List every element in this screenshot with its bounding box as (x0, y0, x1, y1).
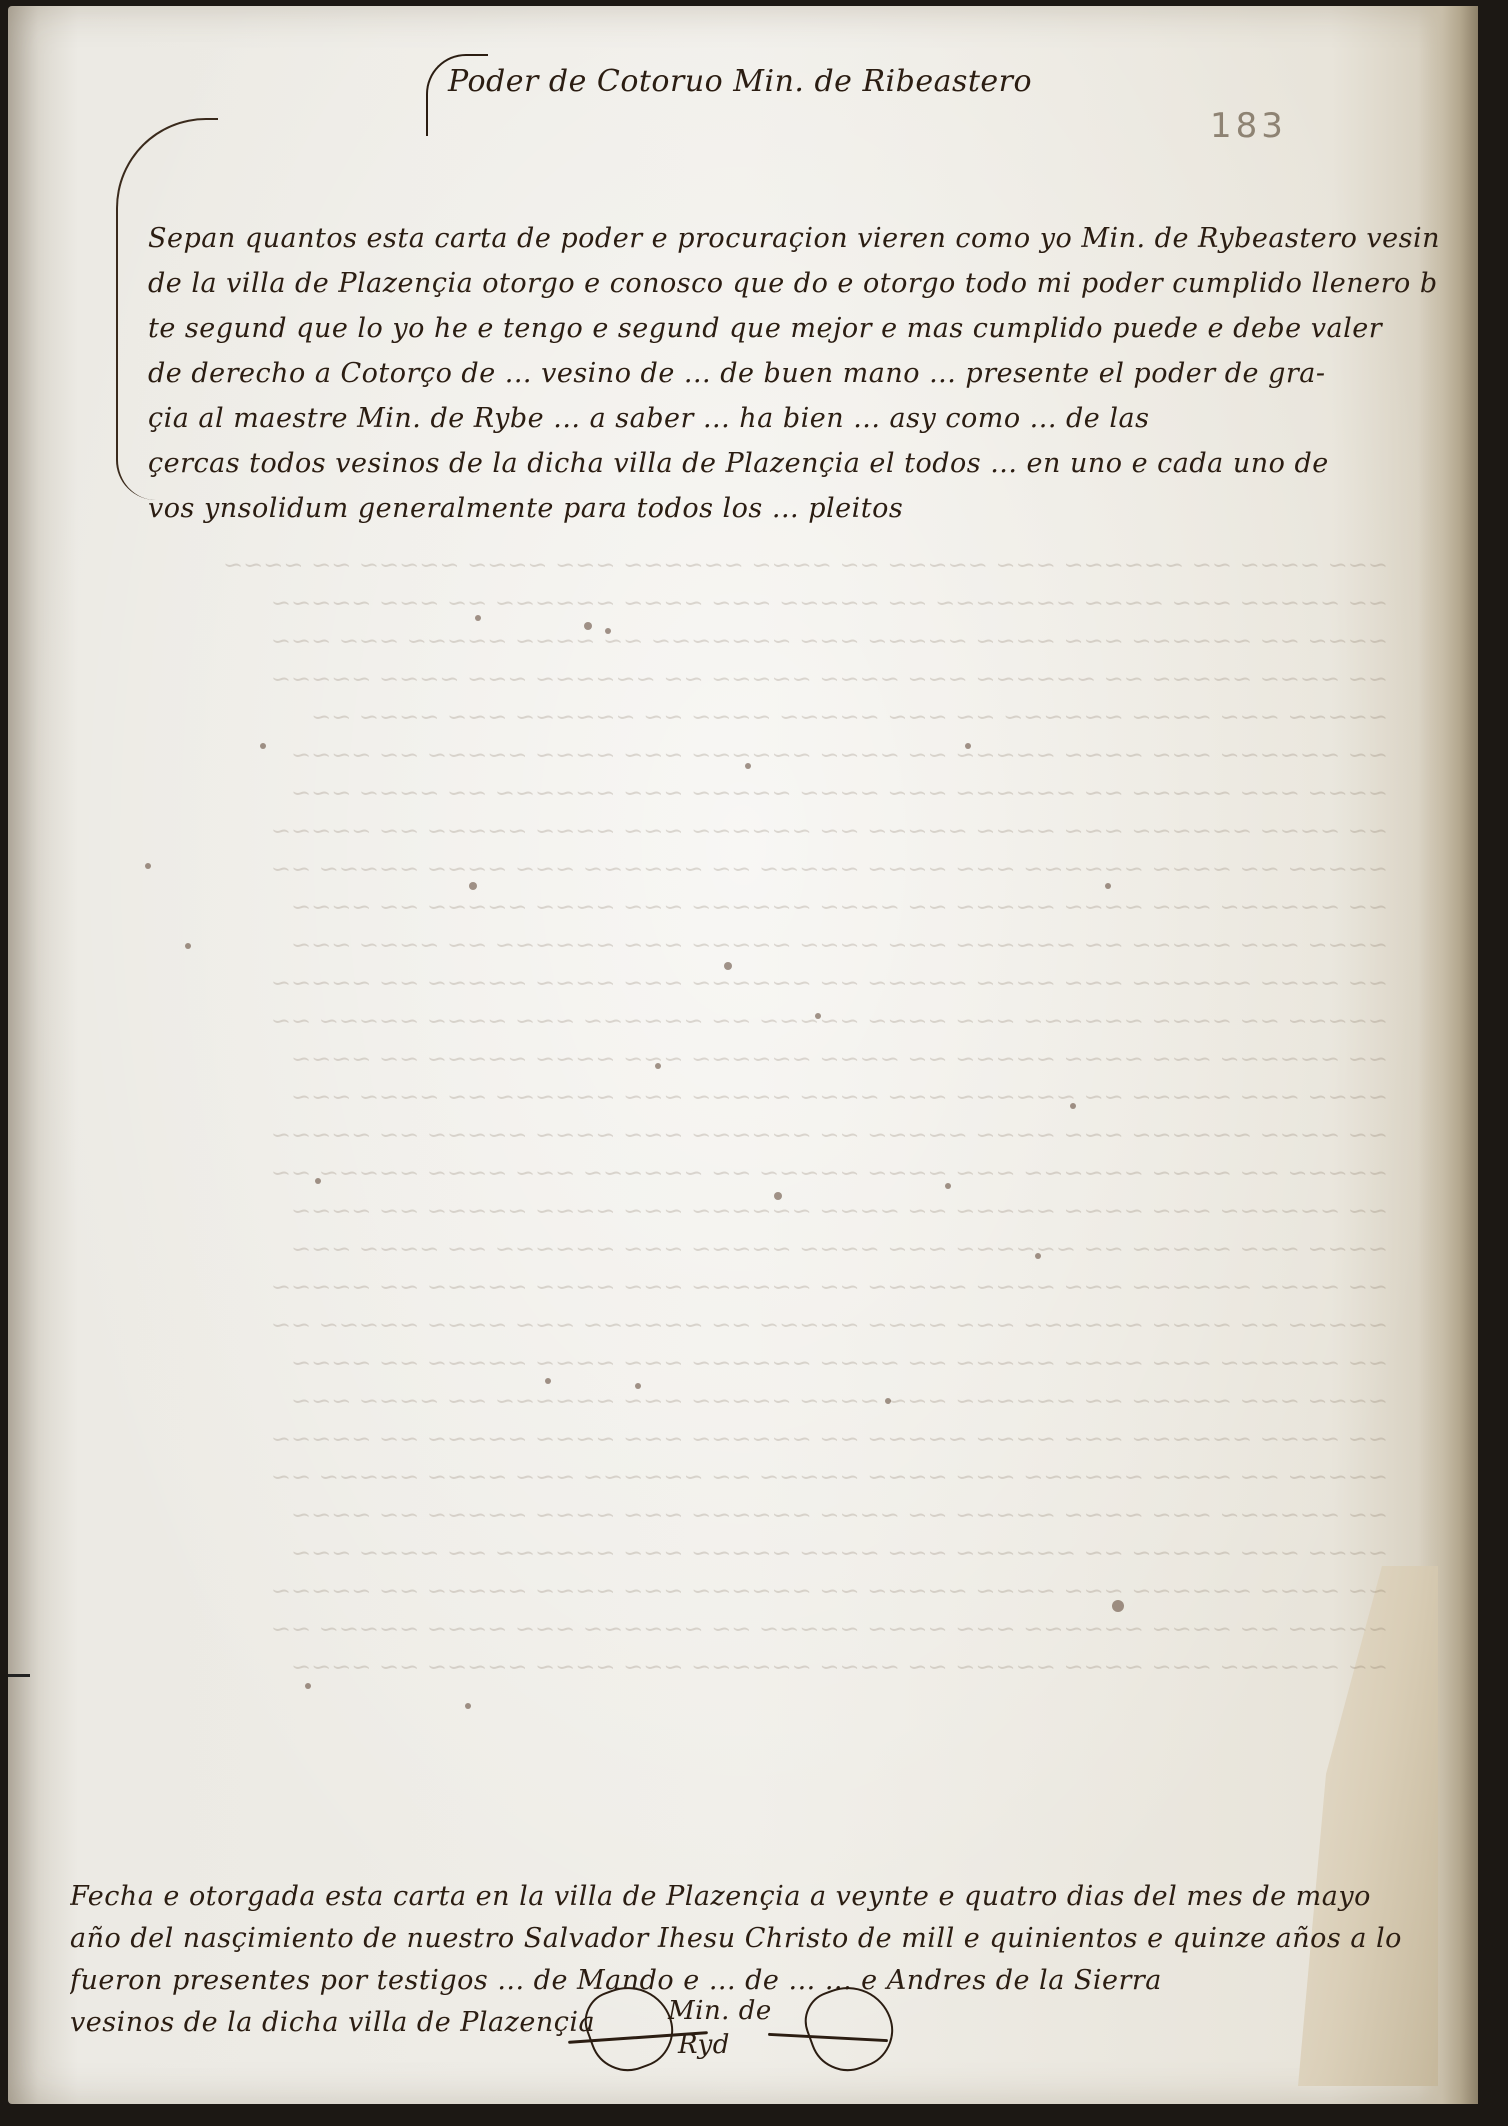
main-line: çercas todos vesinos de la dicha villa d… (148, 441, 1438, 486)
closing-line: Fecha e otorgada esta carta en la villa … (70, 1876, 1410, 1918)
bleed-through-text: ~~~ ~~~~ ~~ ~~~~~~ ~~~ ~~~~~ ~~ ~~~~ ~~~… (138, 546, 1388, 1696)
main-line: Sepan quantos esta carta de poder e proc… (148, 216, 1438, 261)
main-line: çia al maestre Min. de Rybe ... a saber … (148, 396, 1438, 441)
folio-number: 183 (1210, 106, 1287, 146)
main-paragraph: Sepan quantos esta carta de poder e proc… (148, 216, 1438, 531)
main-line: te segund que lo yo he e tengo e segund … (148, 306, 1438, 351)
manuscript-page: Poder de Cotoruo Min. de Ribeastero 183 … (8, 6, 1478, 2104)
signature-block: Min. de Ryd (568, 1996, 968, 2096)
signature-name: Min. de (668, 1996, 772, 2026)
manuscript-scan: Poder de Cotoruo Min. de Ribeastero 183 … (0, 0, 1508, 2126)
main-line: de la villa de Plazençia otorgo e conosc… (148, 261, 1438, 306)
closing-line: año del nasçimiento de nuestro Salvador … (70, 1918, 1410, 1960)
signature-name: Ryd (678, 2030, 730, 2060)
document-header: Poder de Cotoruo Min. de Ribeastero (448, 64, 1108, 99)
edge-mark (8, 1674, 30, 1677)
main-line: vos ynsolidum generalmente para todos lo… (148, 486, 1438, 531)
main-line: de derecho a Cotorço de ... vesino de ..… (148, 351, 1438, 396)
